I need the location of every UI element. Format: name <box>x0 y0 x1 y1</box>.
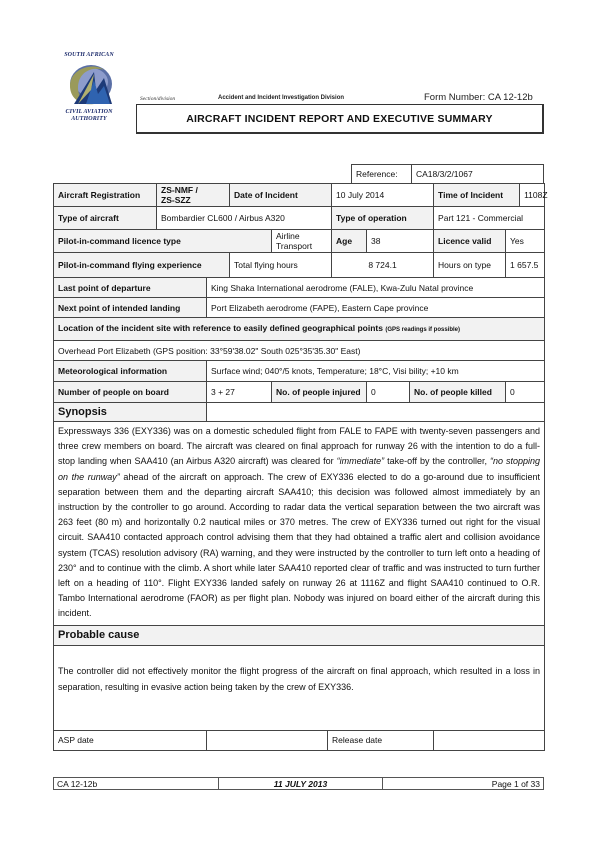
registration-2: ZS-SZZ <box>161 195 225 205</box>
reference-table: Reference: CA18/3/2/1067 <box>351 164 544 184</box>
caa-logo: SOUTH AFRICAN CIVIL AVIATION AUTHORITY <box>56 52 122 130</box>
synopsis-heading-spacer <box>207 403 545 422</box>
date-of-incident-value: 10 July 2014 <box>332 184 434 207</box>
type-of-operation-value: Part 121 - Commercial <box>434 207 545 230</box>
time-of-incident-label: Time of Incident <box>434 184 520 207</box>
licence-valid-value: Yes <box>506 230 545 253</box>
next-landing-value: Port Elizabeth aerodrome (FAPE), Eastern… <box>207 298 545 318</box>
type-of-operation-label: Type of operation <box>332 207 434 230</box>
aircraft-registration-value: ZS-NMF / ZS-SZZ <box>157 184 230 207</box>
synopsis-part-3: ahead of the aircraft on approach. The c… <box>58 472 540 619</box>
pic-licence-type-label: Pilot-in-command licence type <box>54 230 272 253</box>
reference-label: Reference: <box>352 165 412 184</box>
met-value: Surface wind; 040°/5 knots, Temperature;… <box>207 361 545 382</box>
next-landing-label: Next point of intended landing <box>54 298 207 318</box>
type-of-aircraft-value: Bombardier CL600 / Airbus A320 <box>157 207 332 230</box>
licence-valid-label: Licence valid <box>434 230 506 253</box>
hours-on-type-label: Hours on type <box>434 253 506 278</box>
section-division-label: Section/division <box>140 96 175 102</box>
footer-date: 11 JULY 2013 <box>219 778 383 790</box>
page-footer: CA 12-12b 11 JULY 2013 Page 1 of 33 <box>53 777 544 790</box>
people-on-board-label: Number of people on board <box>54 382 207 403</box>
type-of-aircraft-label: Type of aircraft <box>54 207 157 230</box>
age-value: 38 <box>367 230 434 253</box>
aircraft-registration-label: Aircraft Registration <box>54 184 157 207</box>
footer-form-code: CA 12-12b <box>54 778 219 790</box>
people-injured-value: 0 <box>367 382 410 403</box>
location-label: Location of the incident site with refer… <box>54 318 545 341</box>
form-number: Form Number: CA 12-12b <box>424 92 533 103</box>
asp-date-value <box>207 730 328 750</box>
asp-date-label: ASP date <box>54 730 207 750</box>
date-of-incident-label: Date of Incident <box>230 184 332 207</box>
logo-bottom-text-1: CIVIL AVIATION <box>56 109 122 116</box>
mountain-globe-icon <box>64 60 114 108</box>
time-of-incident-value: 1108Z <box>520 184 545 207</box>
people-on-board-value: 3 + 27 <box>207 382 272 403</box>
total-flying-hours-value: 8 724.1 <box>332 253 434 278</box>
release-date-value <box>434 730 545 750</box>
division-name: Accident and Incident Investigation Divi… <box>218 95 344 101</box>
people-killed-value: 0 <box>506 382 545 403</box>
location-value: Overhead Port Elizabeth (GPS position: 3… <box>54 341 545 361</box>
synopsis-part-2: take-off by the controller, <box>384 456 490 466</box>
registration-1: ZS-NMF / <box>161 185 225 195</box>
probable-cause-text: The controller did not effectively monit… <box>54 645 545 730</box>
footer-page-number: Page 1 of 33 <box>383 778 544 790</box>
reference-value: CA18/3/2/1067 <box>412 165 544 184</box>
people-killed-label: No. of people killed <box>410 382 506 403</box>
total-flying-hours-label: Total flying hours <box>230 253 332 278</box>
hours-on-type-value: 1 657.5 <box>506 253 545 278</box>
location-label-note: (GPS readings if possible) <box>385 327 460 333</box>
age-label: Age <box>332 230 367 253</box>
probable-cause-heading: Probable cause <box>54 625 545 645</box>
synopsis-quote-immediate: “immediate” <box>337 456 385 466</box>
pic-experience-label: Pilot-in-command flying experience <box>54 253 230 278</box>
location-label-text: Location of the incident site with refer… <box>58 323 383 333</box>
met-label: Meteorological information <box>54 361 207 382</box>
pic-licence-type-value: Airline Transport <box>272 230 332 253</box>
release-date-label: Release date <box>328 730 434 750</box>
report-title: AIRCRAFT INCIDENT REPORT AND EXECUTIVE S… <box>136 104 544 134</box>
incident-details-table: Aircraft Registration ZS-NMF / ZS-SZZ Da… <box>53 183 545 751</box>
synopsis-heading: Synopsis <box>54 403 207 422</box>
people-injured-label: No. of people injured <box>272 382 367 403</box>
last-departure-label: Last point of departure <box>54 278 207 298</box>
last-departure-value: King Shaka International aerodrome (FALE… <box>207 278 545 298</box>
logo-top-text: SOUTH AFRICAN <box>56 52 122 59</box>
synopsis-text: Expressways 336 (EXY336) was on a domest… <box>54 422 545 626</box>
logo-bottom-text-2: AUTHORITY <box>56 116 122 123</box>
